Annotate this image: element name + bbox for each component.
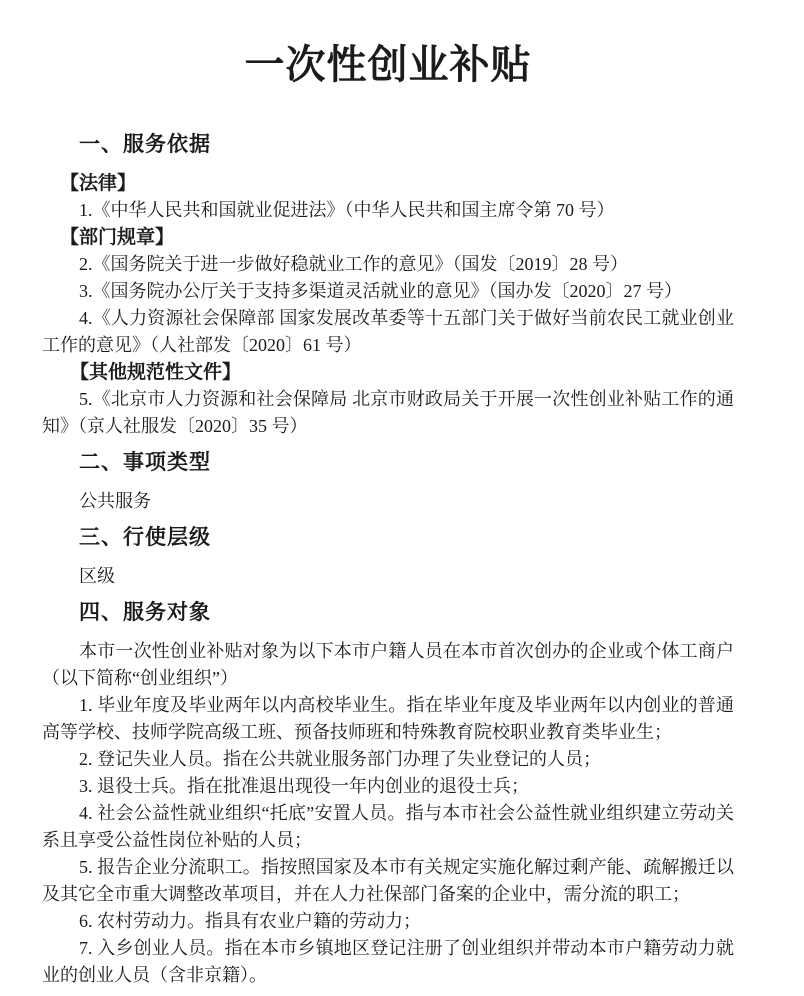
section-heading-item-type: 二、事项类型 (79, 452, 734, 474)
section-heading-exercise-level: 三、行使层级 (79, 527, 734, 549)
section-heading-service-target: 四、服务对象 (79, 602, 734, 624)
regulation-item-2: 2.《国务院关于进一步做好稳就业工作的意见》（国发〔2019〕28 号） (42, 251, 734, 278)
section-heading-service-basis: 一、服务依据 (79, 134, 734, 156)
regulation-item-4: 4.《人力资源社会保障部 国家发展改革委等十五部门关于做好当前农民工就业创业工作… (42, 305, 734, 359)
target-item-1-graduates: 1. 毕业年度及毕业两年以内高校毕业生。指在毕业年度及毕业两年以内创业的普通高等… (42, 692, 734, 746)
target-item-6-rural-labor: 6. 农村劳动力。指具有农业户籍的劳动力； (42, 908, 734, 935)
exercise-level-value: 区级 (42, 563, 734, 590)
target-item-3-veterans: 3. 退役士兵。指在批准退出现役一年内创业的退役士兵； (42, 773, 734, 800)
regulation-item-3: 3.《国务院办公厅关于支持多渠道灵活就业的意见》（国办发〔2020〕27 号） (42, 278, 734, 305)
item-type-value: 公共服务 (42, 488, 734, 515)
target-item-2-registered-unemployed: 2. 登记失业人员。指在公共就业服务部门办理了失业登记的人员； (42, 746, 734, 773)
document-page: 一次性创业补贴 一、服务依据 【法律】 1.《中华人民共和国就业促进法》（中华人… (0, 0, 804, 996)
target-item-7-rural-entrepreneurs: 7. 入乡创业人员。指在本市乡镇地区登记注册了创业组织并带动本市户籍劳动力就业的… (42, 935, 734, 989)
law-item-1: 1.《中华人民共和国就业促进法》（中华人民共和国主席令第 70 号） (42, 197, 734, 224)
subhead-other-normative-documents: 【其他规范性文件】 (70, 359, 734, 386)
target-item-4-public-welfare-placement: 4. 社会公益性就业组织“托底”安置人员。指与本市社会公益性就业组织建立劳动关系… (42, 800, 734, 854)
other-document-item-5: 5.《北京市人力资源和社会保障局 北京市财政局关于开展一次性创业补贴工作的通知》… (42, 386, 734, 440)
subhead-department-regulations: 【部门规章】 (60, 224, 734, 251)
service-target-intro: 本市一次性创业补贴对象为以下本市户籍人员在本市首次创办的企业或个体工商户（以下简… (42, 638, 734, 692)
target-item-5-diverted-workers: 5. 报告企业分流职工。指按照国家及本市有关规定实施化解过剩产能、疏解搬迁以及其… (42, 854, 734, 908)
document-title: 一次性创业补贴 (42, 42, 734, 88)
subhead-law: 【法律】 (60, 170, 734, 197)
